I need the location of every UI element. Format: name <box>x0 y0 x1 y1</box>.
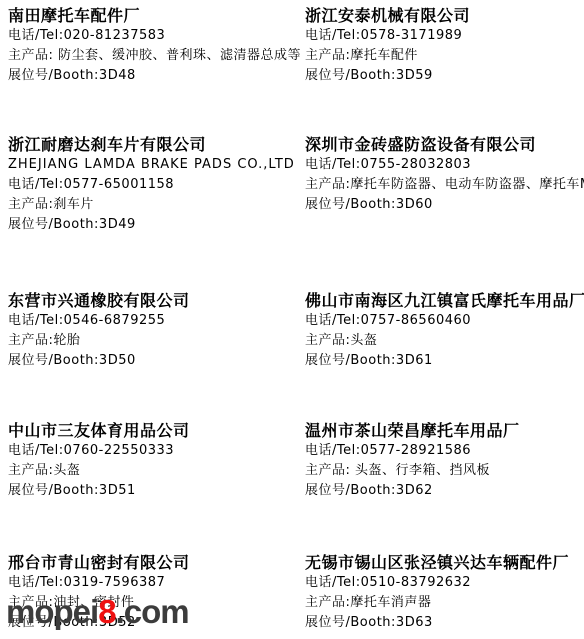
company-products: 主产品:摩托车配件 <box>305 46 584 66</box>
company-tel: 电话/Tel:020-81237583 <box>8 26 292 46</box>
company-products: 主产品:摩托车防盗器、电动车防盗器、摩托车MP3 <box>305 175 584 195</box>
company-name: 佛山市南海区九江镇富氏摩托车用品厂 <box>305 290 584 311</box>
company-products: 主产品: 头盔、行李箱、挡风板 <box>305 461 584 481</box>
company-booth: 展位号/Booth:3D61 <box>305 351 584 371</box>
company-products: 主产品:头盔 <box>8 461 292 481</box>
company-booth: 展位号/Booth:3D48 <box>8 66 292 86</box>
company-name: 温州市茶山荣昌摩托车用品厂 <box>305 420 584 441</box>
company-entry: 深圳市金砖盛防盗设备有限公司 电话/Tel:0755-28032803 主产品:… <box>305 134 584 215</box>
company-products: 主产品:轮胎 <box>8 331 292 351</box>
company-booth: 展位号/Booth:3D49 <box>8 215 292 235</box>
company-products: 主产品:摩托车消声器 <box>305 593 584 613</box>
company-products: 主产品:头盔 <box>305 331 584 351</box>
watermark-highlight: 8 <box>98 593 115 630</box>
company-booth: 展位号/Booth:3D62 <box>305 481 584 501</box>
company-booth: 展位号/Booth:3D59 <box>305 66 584 86</box>
company-name: 东营市兴通橡胶有限公司 <box>8 290 292 311</box>
company-tel: 电话/Tel:0546-6879255 <box>8 311 292 331</box>
company-name: 浙江安泰机械有限公司 <box>305 5 584 26</box>
company-tel: 电话/Tel:0577-28921586 <box>305 441 584 461</box>
company-tel: 电话/Tel:0578-3171989 <box>305 26 584 46</box>
company-tel: 电话/Tel:0755-28032803 <box>305 155 584 175</box>
company-tel: 电话/Tel:0510-83792632 <box>305 573 584 593</box>
company-entry: 无锡市锡山区张泾镇兴达车辆配件厂 电话/Tel:0510-83792632 主产… <box>305 552 584 633</box>
mopei8-watermark: mopei8.com <box>6 593 189 631</box>
company-name: 中山市三友体育用品公司 <box>8 420 292 441</box>
company-tel: 电话/Tel:0760-22550333 <box>8 441 292 461</box>
company-name: 邢台市青山密封有限公司 <box>8 552 292 573</box>
company-name: 无锡市锡山区张泾镇兴达车辆配件厂 <box>305 552 584 573</box>
company-entry: 浙江安泰机械有限公司 电话/Tel:0578-3171989 主产品:摩托车配件… <box>305 5 584 86</box>
company-tel: 电话/Tel:0319-7596387 <box>8 573 292 593</box>
company-tel: 电话/Tel:0577-65001158 <box>8 175 292 195</box>
company-entry: 佛山市南海区九江镇富氏摩托车用品厂 电话/Tel:0757-86560460 主… <box>305 290 584 371</box>
company-booth: 展位号/Booth:3D63 <box>305 613 584 633</box>
watermark-prefix: mopei <box>6 593 98 630</box>
company-products: 主产品:刹车片 <box>8 195 292 215</box>
company-entry: 浙江耐磨达刹车片有限公司 ZHEJIANG LAMDA BRAKE PADS C… <box>8 134 292 235</box>
company-name: 深圳市金砖盛防盗设备有限公司 <box>305 134 584 155</box>
company-entry: 东营市兴通橡胶有限公司 电话/Tel:0546-6879255 主产品:轮胎 展… <box>8 290 292 371</box>
company-booth: 展位号/Booth:3D50 <box>8 351 292 371</box>
company-entry: 中山市三友体育用品公司 电话/Tel:0760-22550333 主产品:头盔 … <box>8 420 292 501</box>
company-entry: 南田摩托车配件厂 电话/Tel:020-81237583 主产品: 防尘套、缓冲… <box>8 5 292 86</box>
company-products: 主产品: 防尘套、缓冲胶、普利珠、滤清器总成等 <box>8 46 292 66</box>
company-name: 南田摩托车配件厂 <box>8 5 292 26</box>
company-booth: 展位号/Booth:3D60 <box>305 195 584 215</box>
company-english-name: ZHEJIANG LAMDA BRAKE PADS CO.,LTD <box>8 155 292 175</box>
company-name: 浙江耐磨达刹车片有限公司 <box>8 134 292 155</box>
watermark-suffix: .com <box>116 593 189 630</box>
exhibitor-directory-page: 南田摩托车配件厂 电话/Tel:020-81237583 主产品: 防尘套、缓冲… <box>0 0 584 639</box>
company-entry: 温州市茶山荣昌摩托车用品厂 电话/Tel:0577-28921586 主产品: … <box>305 420 584 501</box>
company-tel: 电话/Tel:0757-86560460 <box>305 311 584 331</box>
company-booth: 展位号/Booth:3D51 <box>8 481 292 501</box>
